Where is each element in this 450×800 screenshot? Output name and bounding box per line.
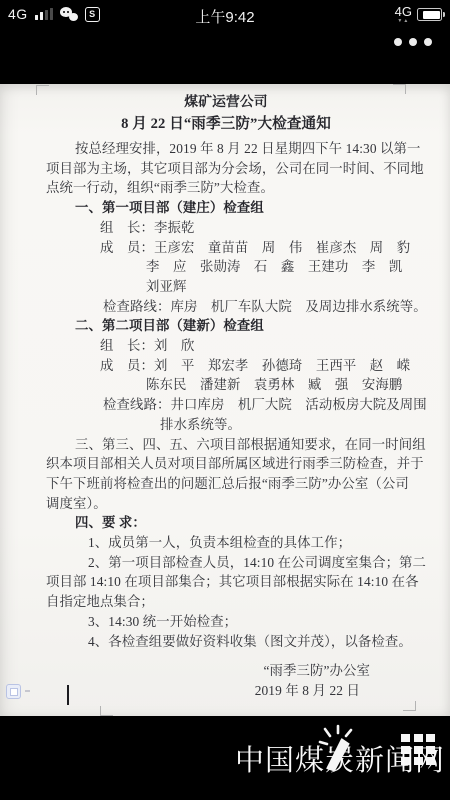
doc-line-head: 四、要 求： bbox=[46, 513, 406, 533]
network-arrows-icon: ▼▲ bbox=[397, 19, 409, 24]
paste-options-icon[interactable] bbox=[6, 684, 32, 699]
doc-line-head: 一、第一项目部（建庄）检查组 bbox=[46, 198, 406, 218]
doc-line-route: 检查路线：库房 机厂车队大院 及周边排水系统等。 bbox=[46, 297, 406, 317]
doc-line-sig: “雨季三防”办公室 bbox=[46, 661, 406, 681]
bottom-watermark-bar: 中国煤炭新闻网 bbox=[0, 716, 450, 800]
page-corner-mark-bottom-right bbox=[403, 701, 416, 711]
doc-line-label: 成 员：刘 平 郑宏孝 孙德琦 王西平 赵 嵘 bbox=[46, 356, 406, 376]
doc-line-cont: 项目部 14:10 在项目部集合；其它项目部根据实际在 14:10 在各 bbox=[46, 572, 406, 592]
doc-line-subtitle: 8 月 22 日“雨季三防”大检查通知 bbox=[46, 113, 406, 135]
doc-line-members: 刘亚辉 bbox=[46, 277, 406, 297]
doc-line-num: 2、第一项目部检查人员，14:10 在公司调度室集合；第二 bbox=[46, 553, 406, 573]
clock-label: 上午9:42 bbox=[0, 6, 450, 27]
doc-line-head: 二、第二项目部（建新）检查组 bbox=[46, 316, 406, 336]
doc-line-members: 李 应 张勋涛 石 鑫 王建功 李 凯 bbox=[46, 257, 406, 277]
doc-line-date: 2019 年 8 月 22 日 bbox=[46, 681, 406, 701]
doc-line-routecont: 排水系统等。 bbox=[46, 415, 406, 435]
doc-line-label: 组 长：刘 欣 bbox=[46, 336, 406, 356]
doc-line-cont: 织本项目部相关人员对项目部所属区域进行雨季三防检查，并于 bbox=[46, 454, 406, 474]
doc-line-cont: 下午下班前将检查出的问题汇总后报“雨季三防”办公室（公司 bbox=[46, 474, 406, 494]
doc-line-label: 组 长：李振乾 bbox=[46, 218, 406, 238]
document-lines: 煤矿运营公司8 月 22 日“雨季三防”大检查通知按总经理安排，2019 年 8… bbox=[0, 84, 450, 701]
doc-line-cont: 自指定地点集合； bbox=[46, 592, 406, 612]
doc-line-cont: 调度室）。 bbox=[46, 494, 406, 514]
status-right-group: 4G ▼▲ bbox=[395, 5, 442, 24]
network-indicator: 4G ▼▲ bbox=[395, 5, 412, 24]
battery-icon bbox=[417, 8, 442, 21]
network-type-label: 4G bbox=[395, 5, 412, 18]
page-corner-mark-bottom-left bbox=[100, 706, 113, 716]
page-corner-mark-top-left bbox=[36, 85, 49, 95]
page-corner-mark-top-right bbox=[393, 84, 406, 94]
doc-line-p: 按总经理安排，2019 年 8 月 22 日星期四下午 14:30 以第一 bbox=[46, 139, 406, 159]
doc-line-num: 4、各检查组要做好资料收集（图文并茂），以备检查。 bbox=[46, 632, 406, 652]
doc-line-title: 煤矿运营公司 bbox=[46, 91, 406, 113]
text-cursor bbox=[67, 685, 69, 705]
doc-line-num: 3、14:30 统一开始检查； bbox=[46, 612, 406, 632]
more-menu-dots-icon[interactable] bbox=[394, 38, 432, 46]
status-bar: 4G S 上午9:42 4G ▼▲ bbox=[0, 0, 450, 30]
doc-line-num: 1、成员第一人，负责本组检查的具体工作； bbox=[46, 533, 406, 553]
doc-line-members: 陈东民 潘建新 袁勇林 臧 强 安海鹏 bbox=[46, 375, 406, 395]
doc-line-route: 检查线路：井口库房 机厂大院 活动板房大院及周围 bbox=[46, 395, 406, 415]
spark-pen-icon bbox=[318, 724, 362, 776]
doc-line-cont: 点统一行动，组织“雨季三防”大检查。 bbox=[46, 178, 406, 198]
doc-line-cont: 项目部为主场，其它项目部为分会场，公司在同一时间、不同地 bbox=[46, 159, 406, 179]
doc-line-p: 三、第三、四、五、六项目部根据通知要求，在同一时间组 bbox=[46, 435, 406, 455]
doc-line-label: 成 员：王彦宏 童苗苗 周 伟 崔彦杰 周 豹 bbox=[46, 238, 406, 258]
document-page: 煤矿运营公司8 月 22 日“雨季三防”大检查通知按总经理安排，2019 年 8… bbox=[0, 84, 450, 716]
screenshot-root: { "status": { "carrier": "4G", "time": "… bbox=[0, 0, 450, 800]
